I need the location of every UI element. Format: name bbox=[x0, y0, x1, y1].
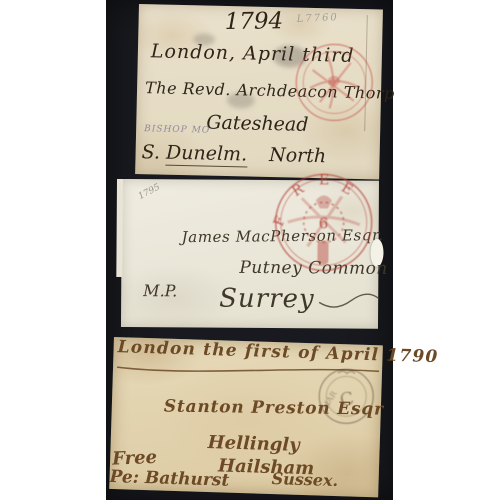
stamp-letter-e: E bbox=[319, 172, 329, 188]
county-line: S. Dunelm.North bbox=[141, 141, 326, 167]
town-line: Hellingly bbox=[207, 432, 300, 456]
red-free-frank-stamp bbox=[291, 40, 377, 126]
cover-1795-putney: 1795 James MacPherson Esqr. Putney Commo… bbox=[121, 179, 379, 329]
red-crowned-free-stamp: F R E E 6 bbox=[271, 170, 376, 275]
free-marking: Free bbox=[112, 447, 158, 470]
cover-1794-gateshead: L7760 1794 London, April third The Revd.… bbox=[135, 4, 383, 179]
pencil-smudge bbox=[193, 33, 215, 45]
addressee-line: Stanton Preston Esqr bbox=[164, 397, 384, 420]
pencil-bishop-mark-note: BISHOP MO bbox=[144, 124, 210, 135]
county-line: Sussex. bbox=[271, 469, 338, 490]
cover-1790-hellingly: London the first of April 1790 C MAR Sta… bbox=[109, 337, 383, 497]
year-docket: 1794 bbox=[224, 8, 283, 35]
county-word-underlined: Dunelm. bbox=[166, 142, 248, 168]
ink-smudge bbox=[227, 92, 255, 109]
mp-frank-initials: M.P. bbox=[143, 281, 177, 300]
pencil-lot-reference: L7760 bbox=[296, 12, 339, 25]
franker-signature: Pe: Bathurst bbox=[109, 467, 229, 491]
county-suffix: North bbox=[269, 144, 327, 167]
auction-lot-photo: { "photo": { "page_background": "#ffffff… bbox=[0, 0, 500, 500]
paper-edge-step bbox=[116, 179, 123, 277]
county-prefix: S. bbox=[141, 141, 166, 164]
county-line: Surrey bbox=[219, 284, 315, 315]
stamp-letter-e: E bbox=[338, 180, 355, 199]
surrey-flourish bbox=[317, 292, 381, 312]
pencil-year-note: 1795 bbox=[137, 182, 162, 201]
stamp-letter-f: F bbox=[271, 214, 289, 229]
